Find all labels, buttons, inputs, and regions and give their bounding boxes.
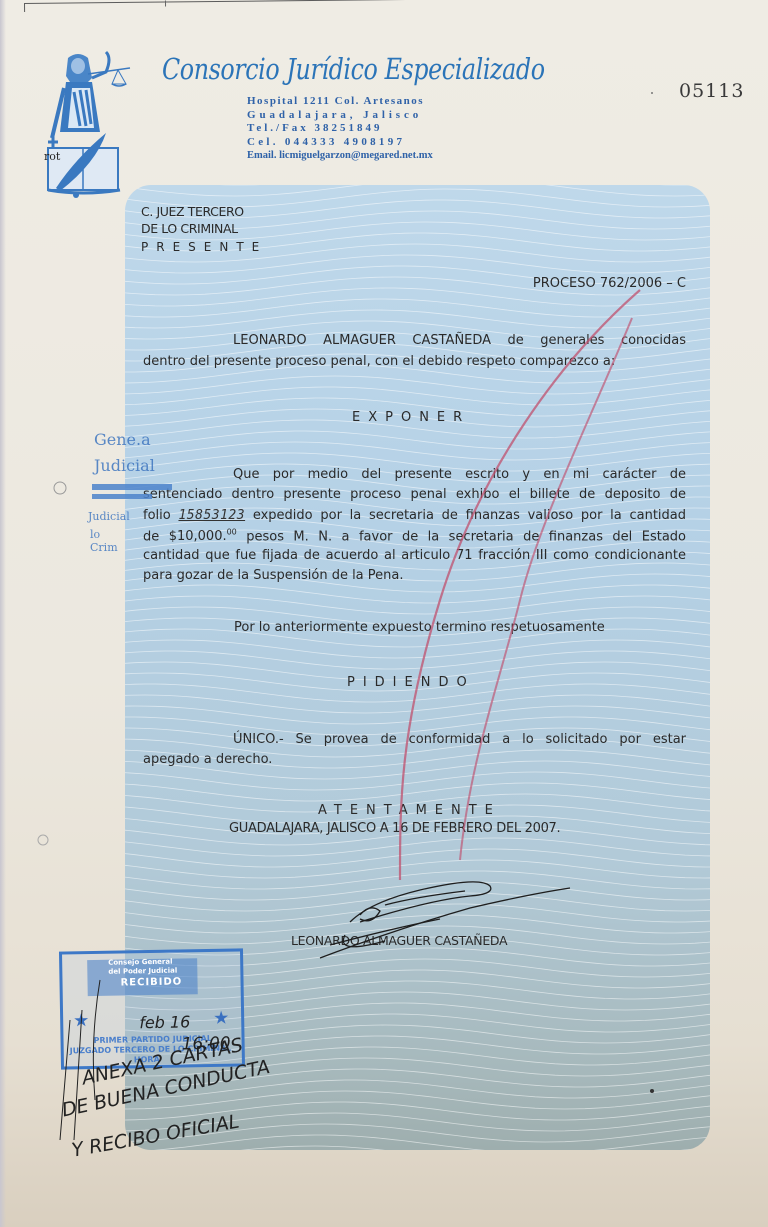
request-line2: apegado a derecho. <box>143 752 272 767</box>
folder-tab-line <box>24 0 768 12</box>
firm-contact-block: Hospital 1211 Col. Artesanos Guadalajara… <box>247 95 433 163</box>
lady-justice-icon: rot <box>38 48 138 198</box>
request-line1: ÚNICO.- Se provea de conformidad a lo so… <box>233 732 686 747</box>
body-line2: sentenciado dentro presente proceso pena… <box>143 487 686 502</box>
atentamente: ATENTAMENTE <box>318 803 501 818</box>
deposit-folio: 15853123 <box>178 508 245 523</box>
firm-cell: Cel. 044333 4908197 <box>247 136 433 150</box>
svg-text:rot: rot <box>44 150 61 163</box>
paper-edge <box>0 0 6 1227</box>
firm-phone-fax: Tel./Fax 38251849 <box>247 122 433 136</box>
place-date: GUADALAJARA, JALISCO A 16 DE FEBRERO DEL… <box>229 821 560 836</box>
firm-address-line1: Hospital 1211 Col. Artesanos <box>247 95 433 109</box>
stamp-handwritten-date: feb 16 <box>139 1012 190 1032</box>
signatory-name: LEONARDO ALMAGUER CASTAÑEDA <box>291 933 507 948</box>
body-line4: de $10,000.00 pesos M. N. a favor de la … <box>143 528 686 544</box>
folio-number: 05113 <box>679 80 744 102</box>
intro-line1: LEONARDO ALMAGUER CASTAÑEDA de generales… <box>233 333 686 348</box>
recipient-line2: DE LO CRIMINAL <box>141 221 238 237</box>
folio-dot <box>651 92 653 94</box>
heading-pidiendo: PIDIENDO <box>347 675 475 690</box>
body-line5: cantidad que fue fijada de acuerdo al ar… <box>143 548 686 563</box>
closing-line: Por lo anteriormente expuesto termino re… <box>234 620 605 635</box>
case-number: PROCESO 762/2006 – C <box>533 276 686 291</box>
recipient-line3: PRESENTE <box>141 239 267 255</box>
firm-name: Consorcio Jurídico Especializado <box>162 52 545 86</box>
recipient-line1: C. JUEZ TERCERO <box>141 204 244 220</box>
body-line3: folio 15853123 expedido por la secretari… <box>143 508 686 523</box>
firm-address-line2: Guadalajara, Jalisco <box>247 109 433 123</box>
petitioner-name: LEONARDO ALMAGUER CASTAÑEDA <box>233 333 491 348</box>
firm-email: Email. licmiguelgarzon@megared.net.mx <box>247 149 433 163</box>
staple-hole <box>38 835 48 845</box>
body-line6: para gozar de la Suspensión de la Pena. <box>143 568 404 583</box>
star-icon: ★ <box>213 1008 230 1029</box>
heading-exponer: EXPONER <box>352 410 470 425</box>
deposit-amount: $10,000.00 <box>169 529 237 544</box>
staple-hole <box>54 482 66 494</box>
star-icon: ★ <box>73 1010 90 1031</box>
body-line1: Que por medio del presente escrito y en … <box>233 467 686 482</box>
intro-line2: dentro del presente proceso penal, con e… <box>143 354 615 369</box>
